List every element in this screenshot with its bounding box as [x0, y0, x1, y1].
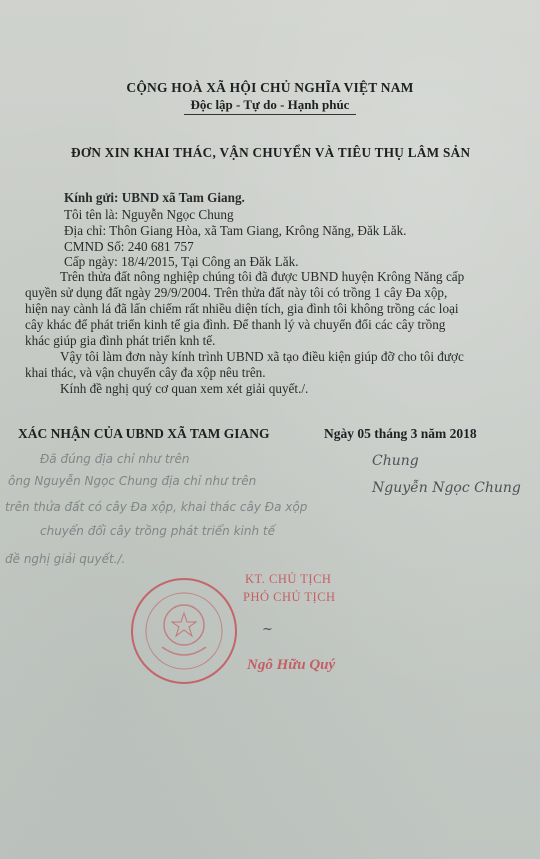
handwritten-note: ông Nguyễn Ngọc Chung địa chỉ như trên	[8, 474, 256, 488]
applicant-id-issued: Cấp ngày: 18/4/2015, Tại Công an Đăk Lăk…	[64, 254, 299, 270]
handwritten-note: đề nghị giải quyết./.	[5, 552, 125, 566]
official-seal-icon	[128, 575, 240, 687]
body-line: Vậy tôi làm đơn này kính trình UBND xã t…	[60, 349, 500, 365]
body-line: hiện nay cành lá đã lấn chiếm rất nhiều …	[25, 301, 465, 317]
applicant-signature-name: Nguyễn Ngọc Chung	[372, 480, 521, 496]
closing-line: Kính đề nghị quý cơ quan xem xét giải qu…	[60, 381, 500, 397]
body-line: quyền sử dụng đất ngày 29/9/2004. Trên t…	[25, 285, 465, 301]
body-line: cây khác để phát triển kinh tế gia đình.…	[25, 317, 465, 333]
handwritten-note: Đã đúng địa chỉ như trên	[40, 452, 189, 466]
approver-role-primary: KT. CHỦ TỊCH	[245, 572, 331, 587]
applicant-signature-mark: Chung	[372, 453, 419, 469]
applicant-id-number: CMND Số: 240 681 757	[64, 239, 194, 255]
approver-role-secondary: PHÓ CHỦ TỊCH	[243, 590, 336, 605]
document-title: ĐƠN XIN KHAI THÁC, VẬN CHUYỂN VÀ TIÊU TH…	[71, 145, 470, 161]
handwritten-note: chuyển đổi cây trồng phát triển kinh tế	[40, 524, 275, 538]
motto-underline	[184, 114, 356, 115]
approver-signature: ~	[262, 622, 273, 637]
handwritten-note: trên thửa đất có cây Đa xộp, khai thác c…	[5, 500, 307, 514]
applicant-address: Địa chỉ: Thôn Giang Hòa, xã Tam Giang, K…	[64, 223, 406, 239]
approver-name: Ngô Hữu Quý	[247, 657, 335, 674]
national-title: CỘNG HOÀ XÃ HỘI CHỦ NGHĨA VIỆT NAM	[0, 80, 540, 96]
body-line: Trên thửa đất nông nghiệp chúng tôi đã đ…	[60, 269, 500, 285]
confirmation-heading: XÁC NHẬN CỦA UBND XÃ TAM GIANG	[18, 426, 270, 442]
document-date: Ngày 05 tháng 3 năm 2018	[324, 426, 477, 442]
recipient-line: Kính gửi: UBND xã Tam Giang.	[64, 190, 245, 206]
applicant-name: Tôi tên là: Nguyễn Ngọc Chung	[64, 207, 234, 223]
body-line: khác giúp gia đình phát triển knh tế.	[25, 333, 465, 349]
body-line: khai thác, và vận chuyển cây đa xộp nêu …	[25, 365, 465, 381]
national-motto: Độc lập - Tự do - Hạnh phúc	[0, 97, 540, 113]
document-page: CỘNG HOÀ XÃ HỘI CHỦ NGHĨA VIỆT NAM Độc l…	[0, 0, 540, 859]
